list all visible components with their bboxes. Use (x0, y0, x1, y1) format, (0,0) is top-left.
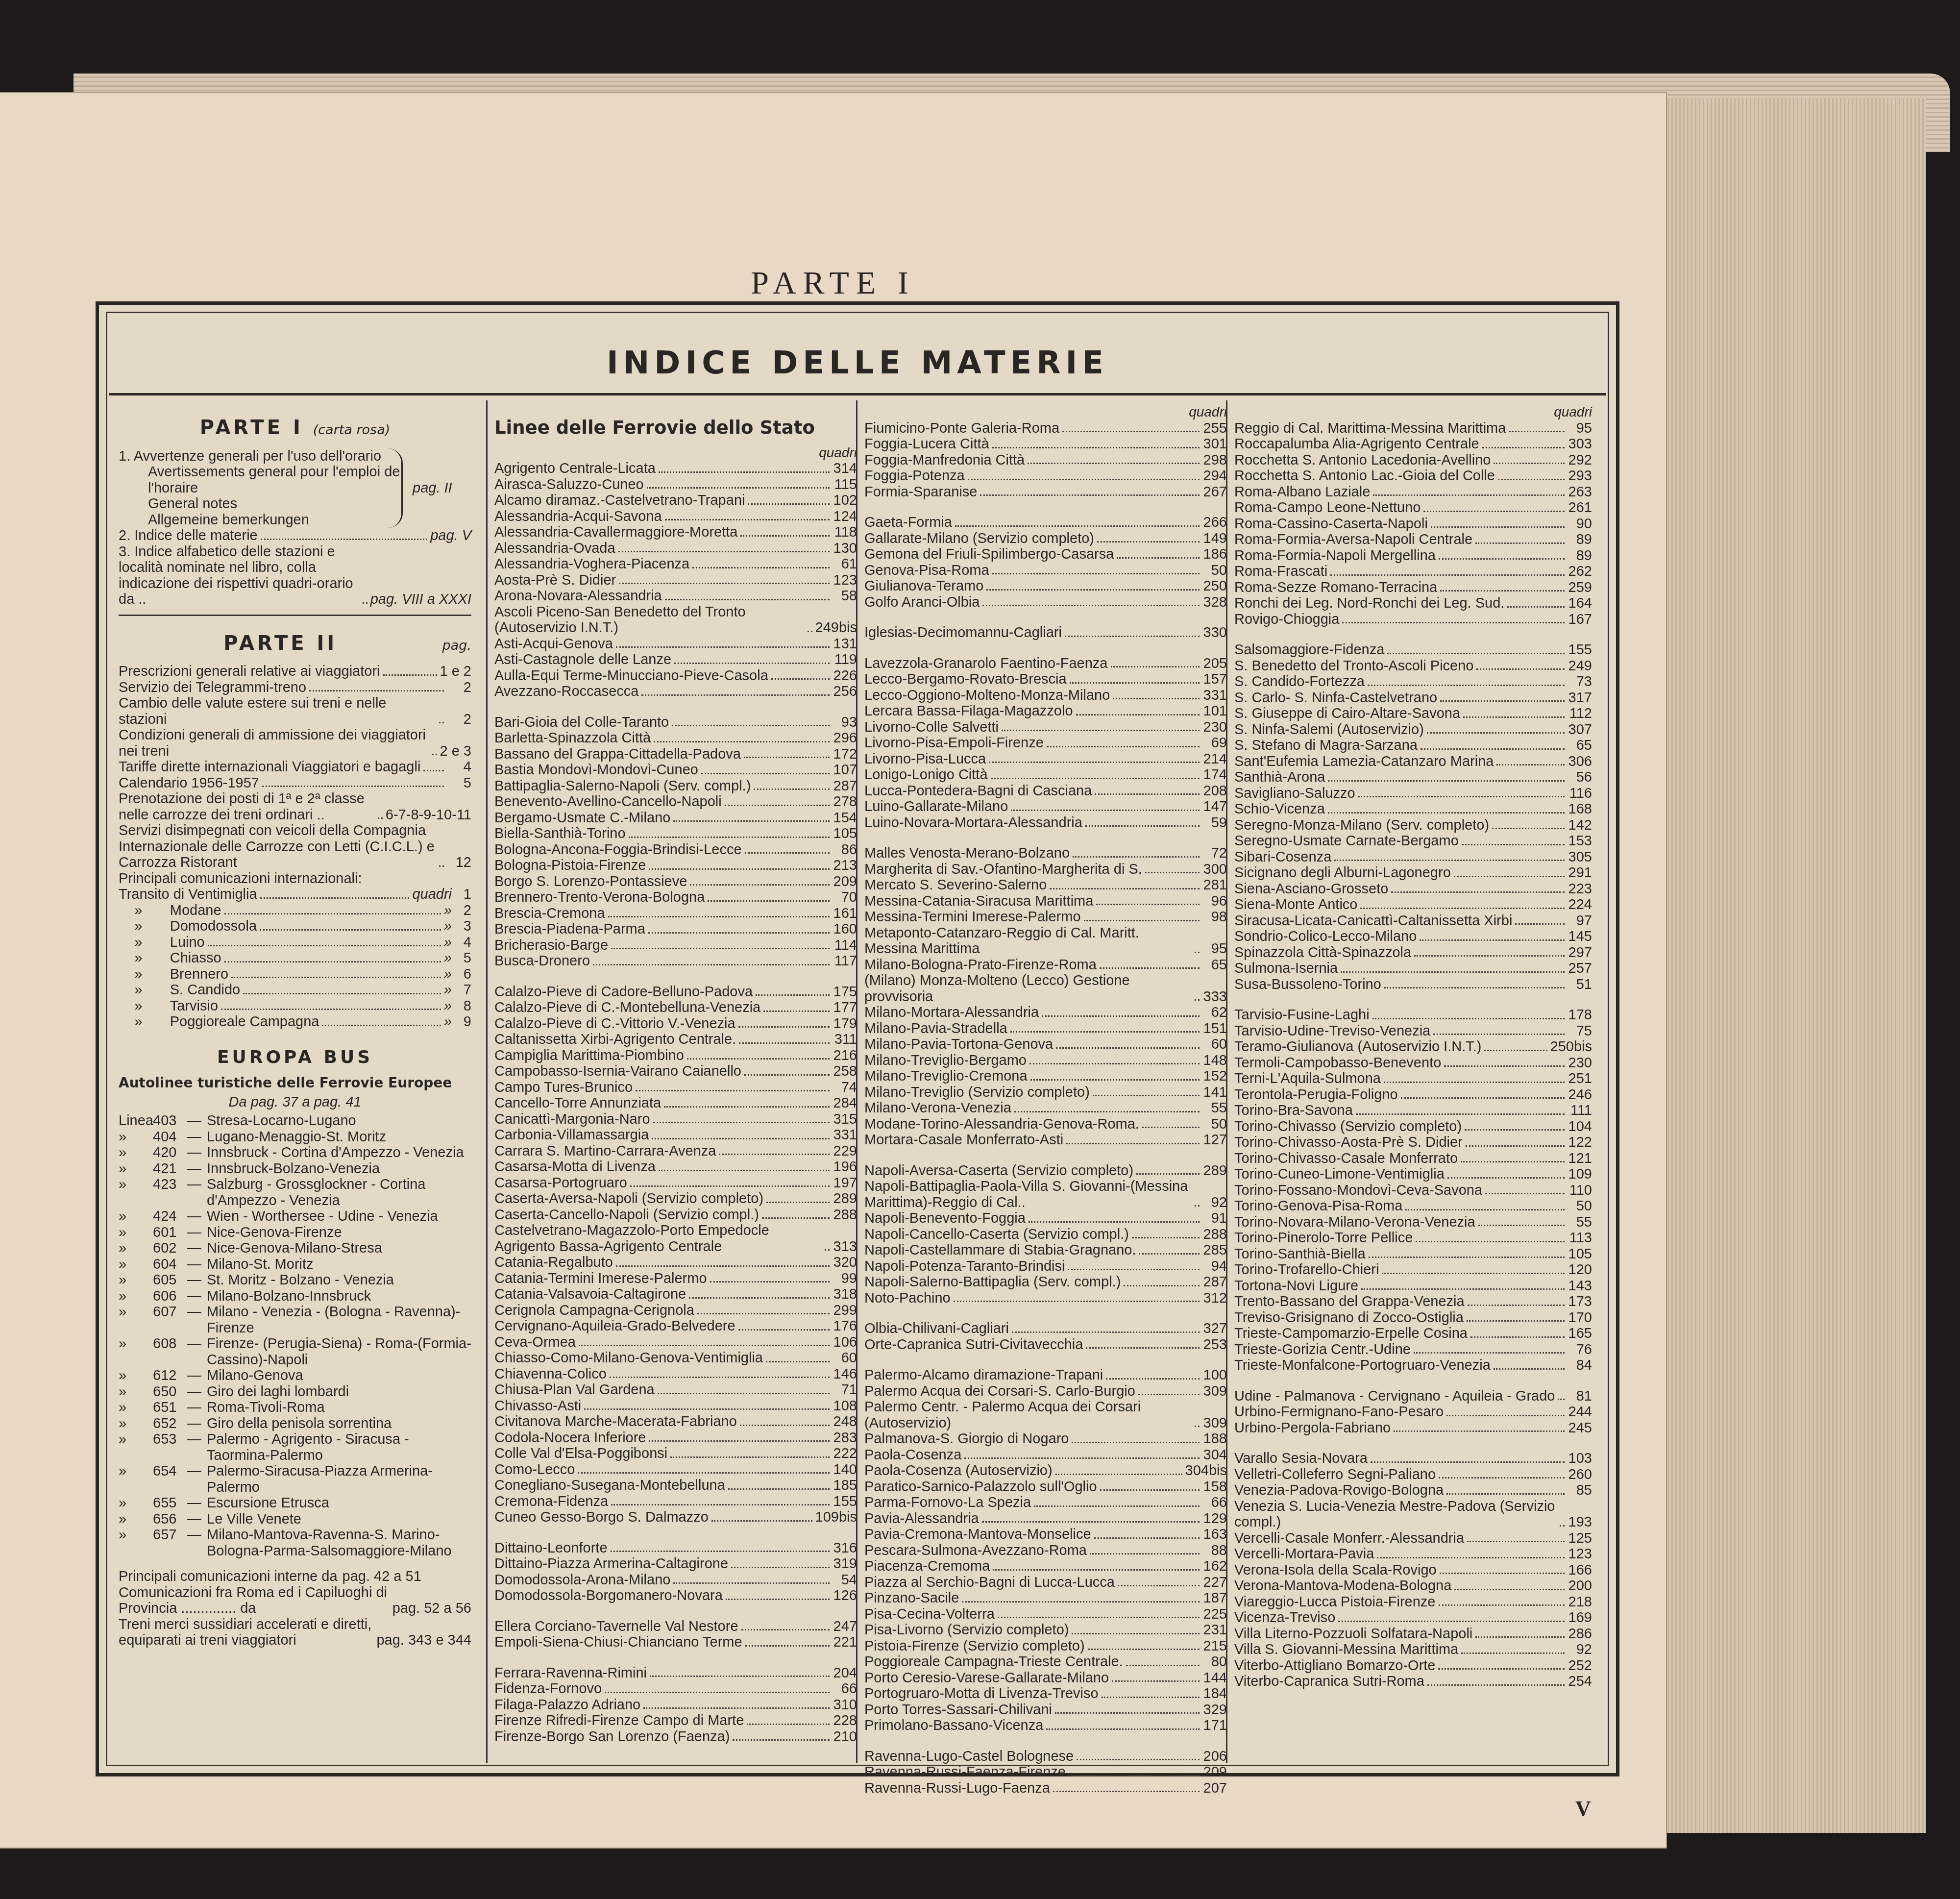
entry-label: Formia-Sparanise (864, 484, 977, 500)
entry-quadro: 86 (833, 842, 857, 858)
leader-dots (221, 1009, 441, 1010)
entry-label: Domodossola-Arona-Milano (494, 1572, 670, 1588)
leader-dots (1053, 1791, 1200, 1792)
line-entry: S. Carlo- S. Ninfa-Castelvetrano317 (1234, 690, 1592, 706)
line-entry: Siracusa-Licata-Canicattì-Caltanissetta … (1234, 913, 1592, 929)
bus-line-item: »604—Milano-St. Moritz (119, 1257, 471, 1273)
line-entry: Venezia-Padova-Rovigo-Bologna85 (1234, 1482, 1592, 1499)
entry-label: Varallo Sesia-Novara (1234, 1451, 1368, 1467)
entry-label: Gaeta-Formia (864, 515, 952, 531)
entry-quadro: 123 (833, 572, 857, 589)
entry-quadro: 91 (1202, 1210, 1227, 1227)
quadri-label: quadri (1234, 404, 1592, 420)
entry-quadro: 112 (1568, 706, 1592, 722)
leader-dots (1056, 1047, 1200, 1049)
entry-label: Torino-Chivasso-Aosta-Prè S. Didier (1234, 1134, 1463, 1151)
entry-label: Casarsa-Portogruaro (494, 1175, 627, 1191)
line-entry: Sant'Eufemia Lamezia-Catanzaro Marina306 (1234, 754, 1592, 770)
leader-dots (1341, 971, 1565, 973)
entry-label: Sulmona-Isernia (1234, 961, 1338, 977)
entry-quadro: 167 (1568, 612, 1592, 628)
entry-quadro: 118 (833, 524, 857, 541)
entry-page: 2 (447, 680, 471, 696)
leader-dots (262, 786, 444, 787)
transit-item: Transito di Ventimigliaquadri1 (119, 887, 471, 903)
line-entry: Palermo Acqua dei Corsari-S. Carlo-Burgi… (864, 1383, 1227, 1400)
line-entry: Trento-Bassano del Grappa-Venezia173 (1234, 1294, 1592, 1310)
entry-quadro: 55 (1202, 1100, 1227, 1116)
leader-dots (674, 663, 830, 664)
dash: — (187, 1225, 207, 1241)
leader-dots (1062, 431, 1200, 432)
entry-quadro: 287 (833, 778, 857, 794)
line-entry: Vercelli-Mortara-Pavia123 (1234, 1546, 1592, 1562)
leader-dots (710, 1281, 830, 1282)
leader-dots (739, 1042, 830, 1044)
entry-quadro: 317 (1568, 690, 1592, 706)
entry-label: Brescia-Cremona (494, 906, 605, 922)
leader-dots (1446, 1493, 1565, 1495)
bus-line-item: Linea403—Stresa-Locarno-Lugano (119, 1113, 471, 1129)
entry-quadro: 175 (833, 984, 857, 1000)
line-entry: S. Candido-Fortezza73 (1234, 674, 1592, 690)
transit-label: » Chiasso (119, 950, 221, 966)
entry-label: Ascoli Piceno-San Benedetto del Tronto (… (494, 604, 805, 636)
line-entry: Messina-Catania-Siracusa Marittima96 (864, 893, 1227, 910)
entry-label: Piazza al Serchio-Bagni di Lucca-Lucca (864, 1575, 1115, 1591)
entry-quadro: 248 (833, 1414, 857, 1430)
entry-quadro: 88 (1202, 1543, 1227, 1559)
leader-dots (1072, 1442, 1200, 1443)
transit-label: » S. Candido (119, 982, 240, 998)
line-entry: Chiavenna-Colico146 (494, 1366, 857, 1382)
entry-quadro: 299 (833, 1303, 857, 1319)
leader-dots (808, 631, 812, 632)
entry-label: Calalzo-Pieve di Cadore-Belluno-Padova (494, 984, 753, 1000)
bus-line-number: 601 (153, 1225, 187, 1241)
line-entry: Viterbo-Capranica Sutri-Roma254 (1234, 1674, 1592, 1690)
line-entry: Bologna-Ancona-Foggia-Brindisi-Lecce86 (494, 842, 857, 858)
entry-quadro: 176 (833, 1318, 857, 1334)
leader-dots (1444, 1065, 1565, 1067)
leader-dots (363, 602, 367, 604)
leader-dots (665, 519, 830, 520)
entry-quadro: 104 (1568, 1119, 1592, 1135)
line-entry: Campiglia Marittima-Piombino216 (494, 1048, 857, 1064)
leader-dots (224, 913, 441, 914)
entry-quadro: 185 (833, 1478, 857, 1494)
line-entry: Palmanova-S. Giorgio di Nogaro188 (864, 1431, 1227, 1447)
bus-line-number: 403 (153, 1113, 187, 1129)
parte2-item: Prescrizioni generali relative ai viaggi… (119, 664, 471, 680)
bus-line-route: Milano-St. Moritz (207, 1257, 471, 1273)
leader-dots (1382, 1273, 1565, 1274)
bus-line-number: 404 (153, 1129, 187, 1145)
line-entry: Urbino-Pergola-Fabriano245 (1234, 1420, 1592, 1436)
entry-quadro: 127 (1202, 1132, 1227, 1148)
entry-quadro: 73 (1568, 674, 1592, 690)
leader-dots (641, 694, 830, 696)
entry-quadro: 148 (1202, 1053, 1227, 1069)
leader-dots (636, 1090, 830, 1091)
line-entry: Catania-Valsavoia-Caltagirone318 (494, 1286, 857, 1303)
bus-line-number: 653 (153, 1431, 187, 1463)
transit-quadri-label: » (444, 1014, 452, 1030)
leader-dots (654, 741, 830, 742)
entry-label: Terontola-Perugia-Foligno (1234, 1087, 1398, 1103)
entry-label: S. Stefano di Magra-Sarzana (1234, 738, 1418, 754)
line-entry: Ravenna-Russi-Faenza-Firenze209 (864, 1764, 1227, 1780)
ferrovie-heading: Linee delle Ferrovie dello Stato (494, 420, 857, 436)
leader-dots (1387, 653, 1565, 654)
bus-line-route: Milano - Venezia - (Bologna - Ravenna)-F… (207, 1304, 471, 1336)
line-entry: Chivasso-Asti108 (494, 1398, 857, 1414)
line-entry: Caserta-Aversa-Napoli (Servizio completo… (494, 1191, 857, 1207)
entry-label: Caltanissetta Xirbi-Agrigento Centrale. (494, 1032, 736, 1048)
entry-label: Livorno-Colle Salvetti (864, 719, 999, 736)
entry-quadro: 255 (1202, 420, 1227, 437)
line-entry: Livorno-Colle Salvetti230 (864, 719, 1227, 736)
line-entry: Tarvisio-Udine-Treviso-Venezia75 (1234, 1023, 1592, 1039)
line-entry: Ravenna-Lugo-Castel Bolognese206 (864, 1749, 1227, 1765)
entry-quadro: 170 (1568, 1310, 1592, 1326)
transit-quadro: 7 (452, 982, 471, 998)
entry-label: Gemona del Friuli-Spilimbergo-Casarsa (864, 546, 1114, 563)
entry-label: Bari-Gioia del Colle-Taranto (494, 715, 669, 731)
leader-dots (1142, 1127, 1200, 1128)
line-entry: S. Stefano di Magra-Sarzana65 (1234, 738, 1592, 754)
transit-quadro: 5 (452, 950, 471, 966)
entry-quadro: 281 (1202, 877, 1227, 893)
line-entry: Livorno-Pisa-Lucca214 (864, 751, 1227, 767)
leader-dots (1100, 1489, 1200, 1491)
entry-label: Servizio dei Telegrammi-treno (119, 680, 306, 696)
transit-list: Transito di Ventimigliaquadri1 » Modane»… (119, 887, 471, 1030)
line-entry: Dittaino-Leonforte316 (494, 1540, 857, 1556)
leader-dots (439, 865, 444, 867)
entry-quadro: 306 (1568, 754, 1592, 770)
entry-label: Cuneo Gesso-Borgo S. Dalmazzo (494, 1509, 709, 1526)
leader-dots (1084, 920, 1200, 921)
bus-line-item: »423—Salzburg - Grossglockner - Cortina … (119, 1177, 471, 1208)
leader-dots (1423, 511, 1565, 512)
entry-label: Napoli-Castellammare di Stabia-Gragnano. (864, 1242, 1136, 1258)
entry-quadro: 164 (1568, 595, 1592, 612)
entry-quadro: 50 (1202, 1116, 1227, 1133)
entry-label: Tarvisio-Udine-Treviso-Venezia (1234, 1023, 1430, 1039)
entry-quadro: 65 (1568, 738, 1592, 754)
line-entry: S. Giuseppe di Cairo-Altare-Savona112 (1234, 706, 1592, 722)
leader-dots (1077, 1759, 1200, 1760)
leader-dots (1447, 1177, 1565, 1179)
entry-quadro: 114 (833, 937, 857, 954)
parte2-item: Cambio delle valute estere sui treni e n… (119, 695, 471, 727)
leader-dots (648, 932, 830, 934)
leader-dots (243, 993, 441, 994)
dash: — (187, 1113, 207, 1129)
entry-label: Verona-Isola della Scala-Rovigo (1234, 1562, 1437, 1578)
leader-dots (701, 773, 830, 774)
entry-quadro: 55 (1568, 1214, 1592, 1231)
leader-dots (231, 977, 441, 978)
entry-label: Tariffe dirette internazionali Viaggiato… (119, 759, 420, 775)
leader-dots (579, 1345, 830, 1346)
line-entry: Bricherasio-Barge114 (494, 937, 857, 954)
dash: — (187, 1129, 207, 1145)
leader-dots (605, 1692, 830, 1693)
bus-line-mark: » (119, 1161, 153, 1177)
entry-quadro: 293 (1568, 468, 1592, 484)
line-entry: Portogruaro-Motta di Livenza-Treviso184 (864, 1686, 1227, 1702)
bus-line-route: Lugano-Menaggio-St. Moritz (207, 1129, 471, 1145)
entry-label: Napoli-Aversa-Caserta (Servizio completo… (864, 1163, 1133, 1179)
entry-quadro: 154 (833, 810, 857, 826)
entry-label: Golfo Aranci-Olbia (864, 594, 980, 611)
leader-dots (1356, 1113, 1565, 1115)
entry-quadro: 140 (833, 1462, 857, 1478)
leader-dots (756, 994, 830, 996)
dash: — (187, 1416, 207, 1432)
entry-quadro: 196 (833, 1159, 857, 1175)
entry-label: Cremona-Fidenza (494, 1494, 608, 1510)
entry-label: Malles Venosta-Merano-Bolzano (864, 845, 1070, 862)
entry-quadro: 227 (1202, 1575, 1227, 1591)
leader-dots (1195, 1426, 1200, 1427)
page-number: V (1575, 1796, 1591, 1821)
entry-label: Napoli-Battipaglia-Paola-Villa S. Giovan… (864, 1179, 1192, 1210)
leader-dots (261, 539, 427, 540)
leader-dots (1560, 1525, 1565, 1527)
leader-dots (1073, 856, 1200, 858)
leader-dots (1066, 1143, 1200, 1144)
entry-quadro: 103 (1568, 1451, 1592, 1467)
entry-label: Torino-Santhià-Biella (1234, 1246, 1366, 1262)
leader-dots (1494, 1368, 1565, 1370)
entry-quadro: 188 (1202, 1431, 1227, 1447)
entry-quadro: 66 (1202, 1495, 1227, 1511)
entry-label: Gallarate-Milano (Servizio completo) (864, 531, 1094, 547)
entry-quadro: 106 (833, 1334, 857, 1351)
dash: — (187, 1336, 207, 1368)
leader-dots (991, 778, 1200, 779)
line-entry: Busca-Dronero117 (494, 953, 857, 969)
leader-dots (762, 1217, 830, 1219)
entry-label: Lecco-Bergamo-Rovato-Brescia (864, 671, 1067, 688)
bus-line-route: Firenze- (Perugia-Siena) - Roma-(Formia-… (207, 1336, 471, 1368)
parte2-item: Tariffe dirette internazionali Viaggiato… (119, 759, 471, 775)
leader-dots (1093, 1095, 1200, 1096)
entry-quadro: 213 (833, 858, 857, 874)
leader-dots (719, 1154, 830, 1155)
entry-label: Udine - Palmanova - Cervignano - Aquilei… (1234, 1388, 1555, 1405)
line-entry: Firenze-Borgo San Lorenzo (Faenza)210 (494, 1729, 857, 1745)
entry-quadro: 250 (1202, 578, 1227, 594)
entry-quadro: 278 (833, 794, 857, 810)
entry-page: pag. 42 a 51 (338, 1569, 421, 1585)
entry-quadro: 320 (833, 1255, 857, 1271)
bus-line-number: 612 (153, 1368, 187, 1384)
line-entry: Savigliano-Saluzzo116 (1234, 786, 1592, 802)
bus-line-mark: » (119, 1272, 153, 1288)
entry-label: Catania-Termini Imerese-Palermo (494, 1271, 707, 1287)
leader-dots (738, 1329, 830, 1331)
entry-quadro: 260 (1568, 1467, 1592, 1483)
parte2-list: Prescrizioni generali relative ai viaggi… (119, 664, 471, 871)
entry-label: Portogruaro-Motta di Livenza-Treviso (864, 1686, 1099, 1702)
entry-quadro: 256 (833, 684, 857, 700)
line-entry: Alessandria-Ovada130 (494, 541, 857, 557)
entry-label: Orte-Capranica Sutri-Civitavecchia (864, 1337, 1083, 1353)
line-entry: Lecco-Bergamo-Rovato-Brescia157 (864, 671, 1227, 688)
line-entry: Campo Tures-Brunico74 (494, 1080, 857, 1096)
line-entry: S. Ninfa-Salemi (Autoservizio)307 (1234, 722, 1592, 738)
leader-dots (611, 1504, 830, 1505)
entry-label: Margherita di Sav.-Ofantino-Margherita d… (864, 862, 1142, 878)
line-entry: Ceva-Ormea106 (494, 1334, 857, 1351)
entry-label: Terni-L'Aquila-Sulmona (1234, 1071, 1381, 1087)
entry-quadro: 85 (1568, 1482, 1592, 1499)
part-heading: PARTE I (0, 265, 1666, 302)
leader-dots (1138, 1394, 1200, 1395)
line-entry: Messina-Termini Imerese-Palermo98 (864, 909, 1227, 925)
entry-label: Canicattì-Margonia-Naro (494, 1111, 650, 1128)
entry-quadro: 209 (1202, 1764, 1227, 1780)
line-entry: Cerignola Campagna-Cerignola299 (494, 1303, 857, 1319)
line-entry: Susa-Bussoleno-Torino51 (1234, 977, 1592, 993)
line-entry: Bergamo-Usmate C.-Milano154 (494, 810, 857, 826)
entry-label: Napoli-Benevento-Foggia (864, 1210, 1026, 1227)
entry-label: Sibari-Cosenza (1234, 849, 1331, 865)
line-entry: Porto Ceresio-Varese-Gallarate-Milano144 (864, 1670, 1227, 1686)
leader-dots (1360, 908, 1565, 909)
bus-line-route: St. Moritz - Bolzano - Venezia (207, 1272, 471, 1288)
entry-quadro: 145 (1568, 929, 1592, 945)
leader-dots (992, 447, 1200, 448)
line-entry: Napoli-Castellammare di Stabia-Gragnano.… (864, 1242, 1227, 1258)
entry-label: Metaponto-Catanzaro-Reggio di Cal. Marit… (864, 925, 1192, 957)
leader-dots (1342, 622, 1565, 623)
bus-line-number: 602 (153, 1240, 187, 1257)
europabus-heading: EUROPA BUS (119, 1050, 471, 1066)
line-entry: Treviso-Grisignano di Zocco-Ostiglia170 (1234, 1310, 1592, 1326)
entry-label: Salsomaggiore-Fidenza (1234, 642, 1384, 658)
leader-dots (1124, 1285, 1200, 1286)
entry-quadro: 210 (833, 1729, 857, 1745)
leader-dots (733, 1739, 830, 1741)
bus-line-route: Wien - Worthersee - Udine - Venezia (207, 1208, 471, 1225)
entry-label: Vicenza-Treviso (1234, 1610, 1335, 1626)
leader-dots (1439, 1477, 1565, 1479)
entry-label: Biella-Santhià-Torino (494, 826, 626, 842)
entry-label: Campiglia Marittima-Piombino (494, 1048, 684, 1064)
line-entry: Milano-Verona-Venezia55 (864, 1100, 1227, 1116)
transit-item: » Modane»2 (119, 903, 471, 919)
line-entry: Fiumicino-Ponte Galeria-Roma255 (864, 420, 1227, 437)
entry-quadro: 259 (1568, 580, 1592, 596)
entry-quadro: 197 (833, 1175, 857, 1191)
line-entry: Torino-Santhià-Biella105 (1234, 1246, 1592, 1262)
entry-quadro: 173 (1568, 1294, 1592, 1310)
line-entry: Milano-Pavia-Tortona-Genova60 (864, 1036, 1227, 1053)
line-entry: Livorno-Pisa-Empoli-Firenze69 (864, 735, 1227, 751)
entry-quadro: 315 (833, 1111, 857, 1128)
line-entry: Villa Literno-Pozzuoli Solfatara-Napoli2… (1234, 1626, 1592, 1642)
leader-dots (711, 1520, 812, 1522)
entry-label: Villa S. Giovanni-Messina Marittima (1234, 1642, 1458, 1658)
spacer (494, 1651, 857, 1665)
line-entry: Modane-Torino-Alessandria-Genova-Roma.50 (864, 1116, 1227, 1133)
leader-dots (432, 754, 437, 755)
parte1-ref: pag. V (430, 528, 471, 544)
leader-dots (1072, 1633, 1200, 1634)
bus-line-number: 606 (153, 1288, 187, 1305)
entry-quadro: 296 (833, 730, 857, 746)
spacer (1234, 992, 1592, 1007)
entry-label: Torino-Chivasso-Casale Monferrato (1234, 1151, 1458, 1167)
leader-dots (1328, 812, 1565, 814)
transit-item: » Brennero»6 (119, 966, 471, 983)
line-entry: Milano-Mortara-Alessandria62 (864, 1005, 1227, 1021)
line-entry: Olbia-Chilivani-Cagliari327 (864, 1321, 1227, 1337)
line-entry: Schio-Vicenza168 (1234, 801, 1592, 817)
entry-quadro: 130 (833, 541, 857, 557)
entry-label: Battipaglia-Salerno-Napoli (Serv. compl.… (494, 778, 751, 794)
bus-line-mark: » (119, 1527, 153, 1559)
entry-label: Lucca-Pontedera-Bagni di Casciana (864, 783, 1092, 799)
entry-quadro: 100 (1202, 1367, 1227, 1383)
entry-quadro: 146 (833, 1366, 857, 1382)
entry-label: Alessandria-Voghera-Piacenza (494, 556, 689, 572)
leader-dots (1416, 1241, 1565, 1242)
entry-quadro: 249 (1568, 658, 1592, 674)
spacer (1234, 1374, 1592, 1388)
leader-dots (740, 535, 830, 537)
entry-label: Vercelli-Mortara-Pavia (1234, 1546, 1374, 1562)
entry-quadro: 263 (1568, 484, 1592, 500)
bus-line-mark: » (119, 1495, 153, 1511)
entry-label: Milano-Treviglio-Cremona (864, 1068, 1028, 1085)
entry-quadro: 186 (1202, 546, 1227, 563)
leader-dots (771, 678, 830, 680)
entry-label: Lecco-Oggiono-Molteno-Monza-Milano (864, 688, 1110, 704)
entry-label: Sant'Eufemia Lamezia-Catanzaro Marina (1234, 754, 1494, 770)
bus-line-route: Palermo-Siracusa-Piazza Armerina-Palermo (207, 1463, 471, 1495)
entry-label: Ravenna-Russi-Faenza-Firenze (864, 1764, 1066, 1780)
entry-label: Casarsa-Motta di Livenza (494, 1159, 656, 1175)
line-entry: Varallo Sesia-Novara103 (1234, 1451, 1592, 1467)
entry-label: Napoli-Cancello-Caserta (Servizio compl.… (864, 1227, 1129, 1243)
entry-label: Napoli-Potenza-Taranto-Brindisi (864, 1258, 1065, 1275)
entry-label: Firenze-Borgo San Lorenzo (Faenza) (494, 1729, 730, 1745)
spacer (494, 700, 857, 715)
entry-quadro: 105 (1568, 1246, 1592, 1262)
entry-quadro: 309 (1202, 1383, 1227, 1400)
bus-line-item: »420—Innsbruck - Cortina d'Ampezzo - Ven… (119, 1145, 471, 1161)
entry-label: Catania-Regalbuto (494, 1255, 613, 1271)
entry-quadro: 76 (1568, 1342, 1592, 1358)
entry-quadro: 62 (1202, 1005, 1227, 1021)
bus-line-route: Nice-Genova-Firenze (207, 1225, 471, 1241)
leader-dots (1069, 1775, 1200, 1776)
dash: — (187, 1511, 207, 1528)
entry-page: 4 (447, 759, 471, 775)
transit-quadri-label: » (444, 935, 452, 951)
line-entry: Milano-Pavia-Stradella151 (864, 1021, 1227, 1037)
line-entry: Calalzo-Pieve di Cadore-Belluno-Padova17… (494, 984, 857, 1000)
entry-label: Fiumicino-Ponte Galeria-Roma (864, 420, 1059, 437)
entry-quadro: 122 (1568, 1134, 1592, 1151)
entry-label: Roma-Sezze Romano-Terracina (1234, 580, 1437, 596)
